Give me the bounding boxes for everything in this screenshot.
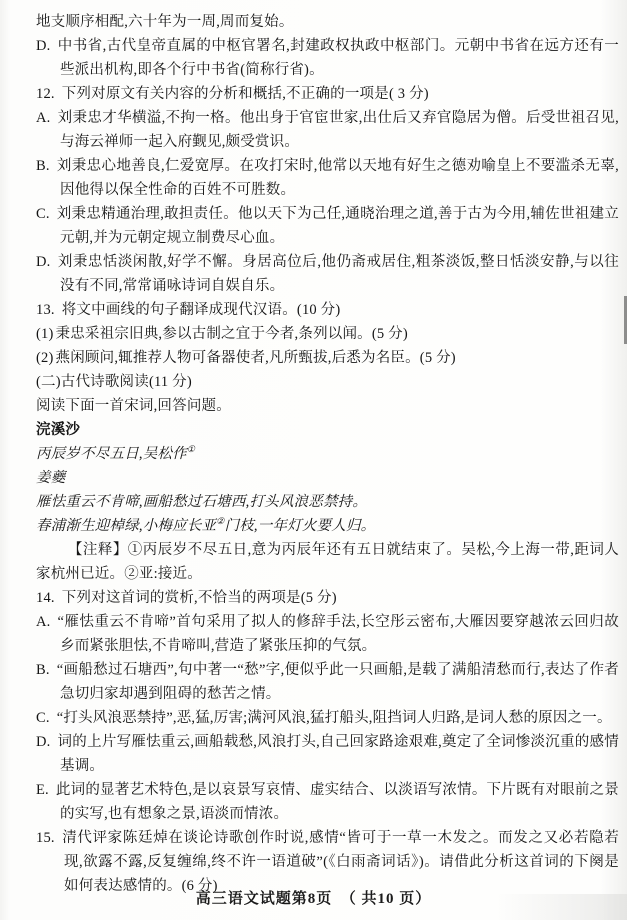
- text-run: 浣溪沙: [36, 422, 80, 438]
- sub-question-1-q13: (1)秉忠采祖宗旧典,参以古制之宜于今者,条列以闻。(5 分): [36, 322, 619, 346]
- item-label: 12.: [36, 86, 55, 102]
- exam-page: 地支顺序相配,六十年为一周,周而复始。D.中书省,古代皇帝直属的中枢官署名,封建…: [0, 0, 627, 920]
- question-12: 12.下列对原文有关内容的分析和概括,不正确的一项是( 3 分): [36, 82, 619, 106]
- text-run: 刘秉忠精通治理,敢担责任。他以天下为己任,通晓治理之道,善于古为今用,辅佐世祖建…: [57, 206, 619, 246]
- poem-notes: 【注释】①丙辰岁不尽五日,意为丙辰年还有五日就结束了。吴松,今上海一带,距词人家…: [36, 538, 619, 586]
- text-run: 刘秉忠才华横溢,不拘一格。他出身于官宦世家,出仕后又弃官隐居为僧。后受世祖召见,…: [58, 110, 620, 150]
- item-label: B.: [36, 158, 50, 174]
- item-label: (2): [36, 350, 54, 366]
- item-label: 15.: [36, 830, 55, 846]
- item-label: 14.: [36, 590, 55, 606]
- item-label: E.: [36, 782, 49, 798]
- question-14: 14.下列对这首词的赏析,不恰当的两项是(5 分): [36, 586, 619, 610]
- page-footer: 高三语文试题第8页 （ 共10 页）: [0, 887, 627, 908]
- text-run: “雁怯重云不肯啼”首句采用了拟人的修辞手法,长空彤云密布,大雁因要穿越浓云回归故…: [58, 614, 620, 654]
- text-run: 秉忠采祖宗旧典,参以古制之宜于今者,条列以闻。(5 分): [56, 326, 408, 342]
- poem-line-1: 雁怯重云不肯啼,画船愁过石塘西,打头风浪恶禁持。: [36, 490, 619, 514]
- text-run: 春浦渐生迎棹绿,小梅应长亚: [36, 518, 216, 534]
- poem-line-2: 春浦渐生迎棹绿,小梅应长亚②门枝,一年灯火要人归。: [36, 514, 619, 538]
- item-label: D.: [36, 254, 51, 270]
- text-run: 下列对原文有关内容的分析和概括,不正确的一项是( 3 分): [62, 86, 429, 102]
- option-D-q11: D.中书省,古代皇帝直属的中枢官署名,封建政权执政中枢部门。元朝中书省在远方还有…: [36, 34, 619, 82]
- text-run: 刘秉忠心地善良,仁爱宽厚。在攻打宋时,他常以天地有好生之德劝喻皇上不要滥杀无辜,…: [57, 158, 619, 198]
- text-run: 词的上片写雁怯重云,画船载愁,风浪打头,自己回家路途艰难,奠定了全词惨淡沉重的感…: [58, 734, 620, 774]
- text-run: (二)古代诗歌阅读(11 分): [36, 374, 192, 390]
- option-D-q14: D.词的上片写雁怯重云,画船载愁,风浪打头,自己回家路途艰难,奠定了全词惨淡沉重…: [36, 730, 619, 778]
- footnote-marker: ①: [187, 444, 195, 454]
- item-label: C.: [36, 710, 50, 726]
- option-A-q12: A.刘秉忠才华横溢,不拘一格。他出身于官宦世家,出仕后又弃官隐居为僧。后受世祖召…: [36, 106, 619, 154]
- text-run: 姜夔: [36, 470, 65, 486]
- section-heading: (二)古代诗歌阅读(11 分): [36, 370, 619, 394]
- text-run: 中书省,古代皇帝直属的中枢官署名,封建政权执政中枢部门。元朝中书省在远方还有一些…: [58, 38, 620, 78]
- continuation-line: 地支顺序相配,六十年为一周,周而复始。: [36, 10, 619, 34]
- question-13: 13.将文中画线的句子翻译成现代汉语。(10 分): [36, 298, 619, 322]
- item-label: B.: [36, 662, 50, 678]
- item-label: D.: [36, 38, 51, 54]
- footnote-marker: ②: [216, 516, 224, 526]
- poem-author: 姜夔: [36, 466, 619, 490]
- text-run: 燕闲顾问,辄推荐人物可备器使者,凡所甄拔,后悉为名臣。(5 分): [56, 350, 456, 366]
- item-label: A.: [36, 110, 51, 126]
- option-C-q14: C.“打头风浪恶禁持”,恶,猛,厉害;满河风浪,猛打船头,阻挡词人归路,是词人愁…: [36, 706, 619, 730]
- text-run: 丙辰岁不尽五日,吴松作: [36, 446, 187, 462]
- text-run: 此词的显著艺术特色,是以哀景写哀情、虚实结合、以淡语写浓情。下片既有对眼前之景的…: [56, 782, 619, 822]
- text-run: 【注释】①丙辰岁不尽五日,意为丙辰年还有五日就结束了。吴松,今上海一带,距词人家…: [36, 542, 619, 582]
- item-label: D.: [36, 734, 51, 750]
- item-label: (1): [36, 326, 54, 342]
- option-D-q12: D.刘秉忠恬淡闲散,好学不懈。身居高位后,他仍斋戒居住,粗茶淡饭,整日恬淡安静,…: [36, 250, 619, 298]
- option-E-q14: E.此词的显著艺术特色,是以哀景写哀情、虚实结合、以淡语写浓情。下片既有对眼前之…: [36, 778, 619, 826]
- item-label: C.: [36, 206, 50, 222]
- text-run: 地支顺序相配,六十年为一周,周而复始。: [36, 14, 294, 30]
- text-run: “画船愁过石塘西”,句中著一“愁”字,便似乎此一只画船,是载了满船清愁而行,表达…: [57, 662, 619, 702]
- text-run: 将文中画线的句子翻译成现代汉语。(10 分): [62, 302, 341, 318]
- document-body: 地支顺序相配,六十年为一周,周而复始。D.中书省,古代皇帝直属的中枢官署名,封建…: [0, 10, 627, 898]
- text-run: 清代评家陈廷焯在谈论诗歌创作时说,感情“皆可于一草一木发之。而发之又必若隐若现,…: [62, 830, 619, 894]
- text-run: “打头风浪恶禁持”,恶,猛,厉害;满河风浪,猛打船头,阻挡词人归路,是词人愁的原…: [57, 710, 612, 726]
- option-A-q14: A.“雁怯重云不肯啼”首句采用了拟人的修辞手法,长空彤云密布,大雁因要穿越浓云回…: [36, 610, 619, 658]
- option-B-q14: B.“画船愁过石塘西”,句中著一“愁”字,便似乎此一只画船,是载了满船清愁而行,…: [36, 658, 619, 706]
- text-run: 雁怯重云不肯啼,画船愁过石塘西,打头风浪恶禁持。: [36, 494, 367, 510]
- poem-title: 浣溪沙: [36, 418, 619, 442]
- text-run: 门枝,一年灯火要人归。: [225, 518, 376, 534]
- poem-headnote: 丙辰岁不尽五日,吴松作①: [36, 442, 619, 466]
- item-label: 13.: [36, 302, 55, 318]
- item-label: A.: [36, 614, 51, 630]
- option-B-q12: B.刘秉忠心地善良,仁爱宽厚。在攻打宋时,他常以天地有好生之德劝喻皇上不要滥杀无…: [36, 154, 619, 202]
- sub-question-2-q13: (2)燕闲顾问,辄推荐人物可备器使者,凡所甄拔,后悉为名臣。(5 分): [36, 346, 619, 370]
- text-run: 阅读下面一首宋词,回答问题。: [36, 398, 231, 414]
- text-run: 下列对这首词的赏析,不恰当的两项是(5 分): [62, 590, 337, 606]
- text-run: 刘秉忠恬淡闲散,好学不懈。身居高位后,他仍斋戒居住,粗茶淡饭,整日恬淡安静,与以…: [58, 254, 620, 294]
- option-C-q12: C.刘秉忠精通治理,敢担责任。他以天下为己任,通晓治理之道,善于古为今用,辅佐世…: [36, 202, 619, 250]
- reading-instruction: 阅读下面一首宋词,回答问题。: [36, 394, 619, 418]
